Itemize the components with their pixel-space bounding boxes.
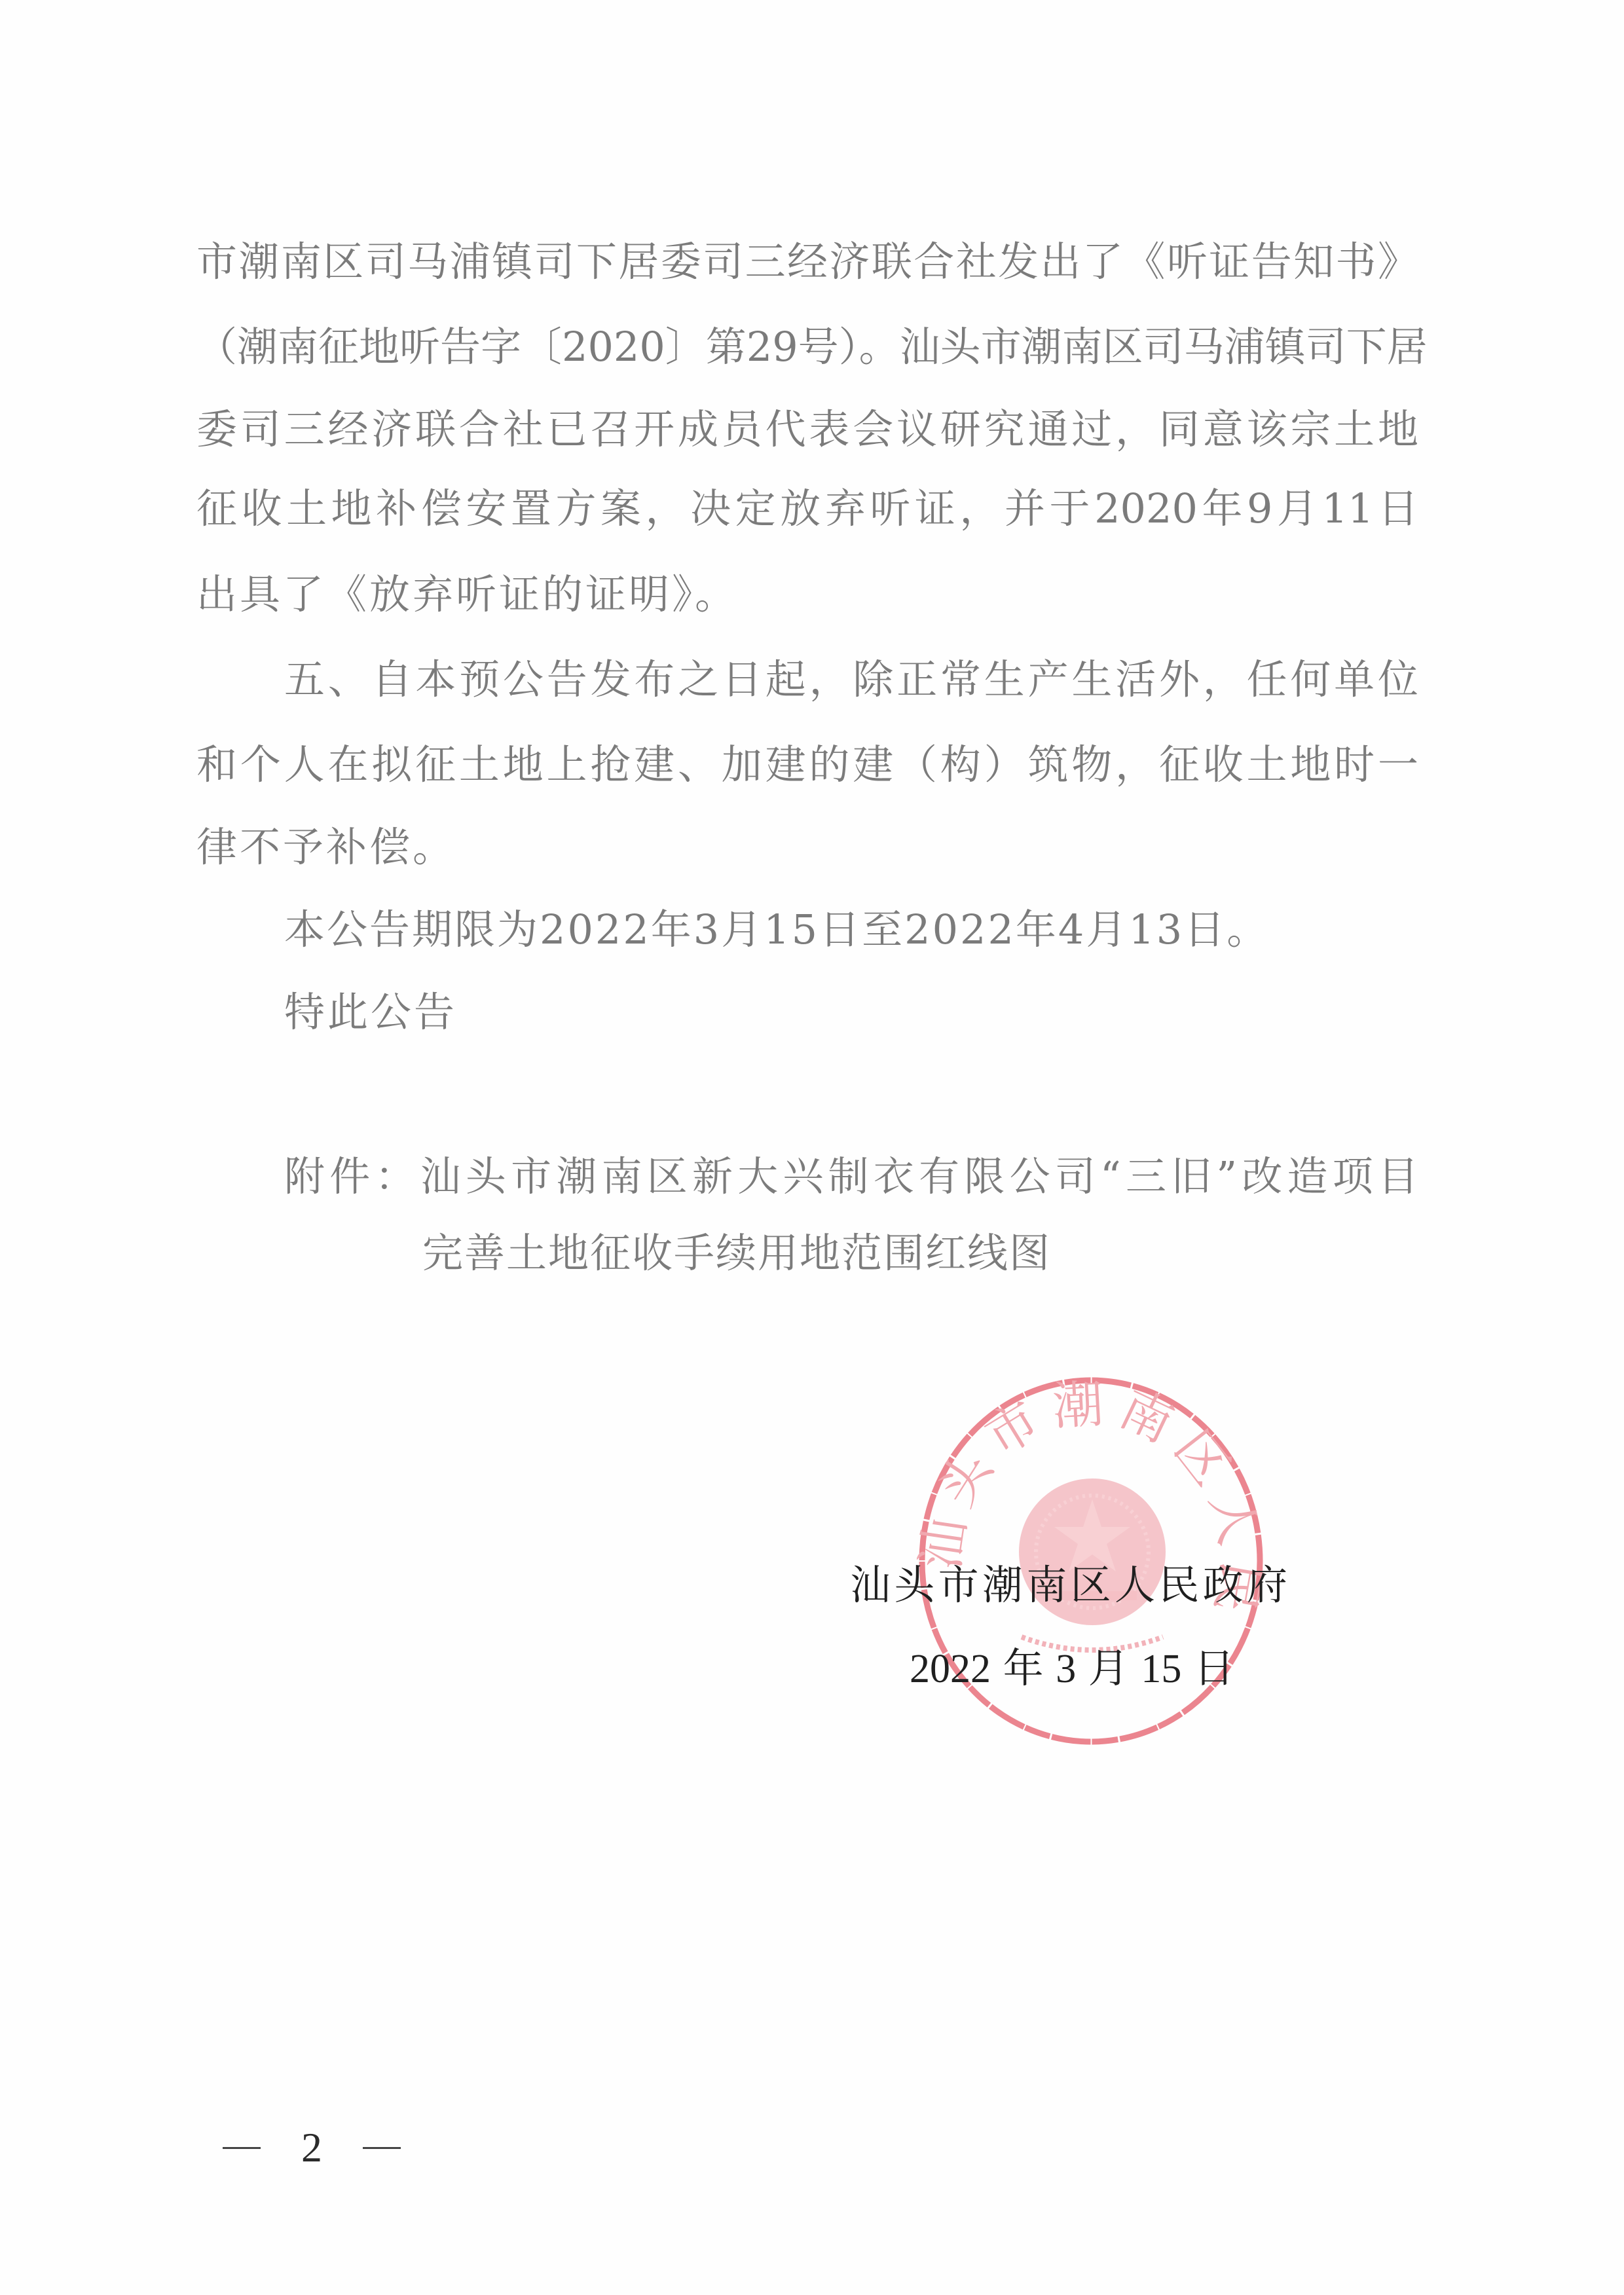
footer-dash-left <box>223 2147 261 2149</box>
section-five-line-1: 五、自本预公告发布之日起，除正常生产生活外，任何单位 <box>284 653 1418 706</box>
body-line-1: 市潮南区司马浦镇司下居委司三经济联合社发出了《听证告知书》 <box>196 236 1418 288</box>
attachment-line-1: 附件：汕头市潮南区新大兴制衣有限公司“三旧”改造项目 <box>284 1150 1418 1203</box>
closing-text: 特此公告 <box>284 986 457 1038</box>
period-notice: 本公告期限为2022年3月15日至2022年4月13日。 <box>284 904 1269 956</box>
body-line-5: 出具了《放弃听证的证明》。 <box>196 568 738 621</box>
body-line-2: （潮南征地听告字〔2020〕第29号）。汕头市潮南区司马浦镇司下居 <box>196 321 1418 373</box>
page-number: 2 <box>301 2121 322 2174</box>
section-five-line-3: 律不予补偿。 <box>196 821 456 873</box>
body-line-3: 委司三经济联合社已召开成员代表会议研究通过，同意该宗土地 <box>196 403 1418 456</box>
body-line-4: 征收土地补偿安置方案，决定放弃听证，并于2020年9月11日 <box>196 483 1418 535</box>
signature-date: 2022年3月15日 <box>910 1643 1234 1695</box>
page-number-footer: 2 <box>223 2121 401 2174</box>
attachment-line-2: 完善土地征收手续用地范围红线图 <box>422 1227 1051 1279</box>
footer-dash-right <box>363 2147 401 2149</box>
signature-organization: 汕头市潮南区人民政府 <box>850 1560 1287 1612</box>
document-page: 市潮南区司马浦镇司下居委司三经济联合社发出了《听证告知书》 （潮南征地听告字〔2… <box>0 0 1624 2295</box>
section-five-line-2: 和个人在拟征土地上抢建、加建的建（构）筑物，征收土地时一 <box>196 739 1418 791</box>
